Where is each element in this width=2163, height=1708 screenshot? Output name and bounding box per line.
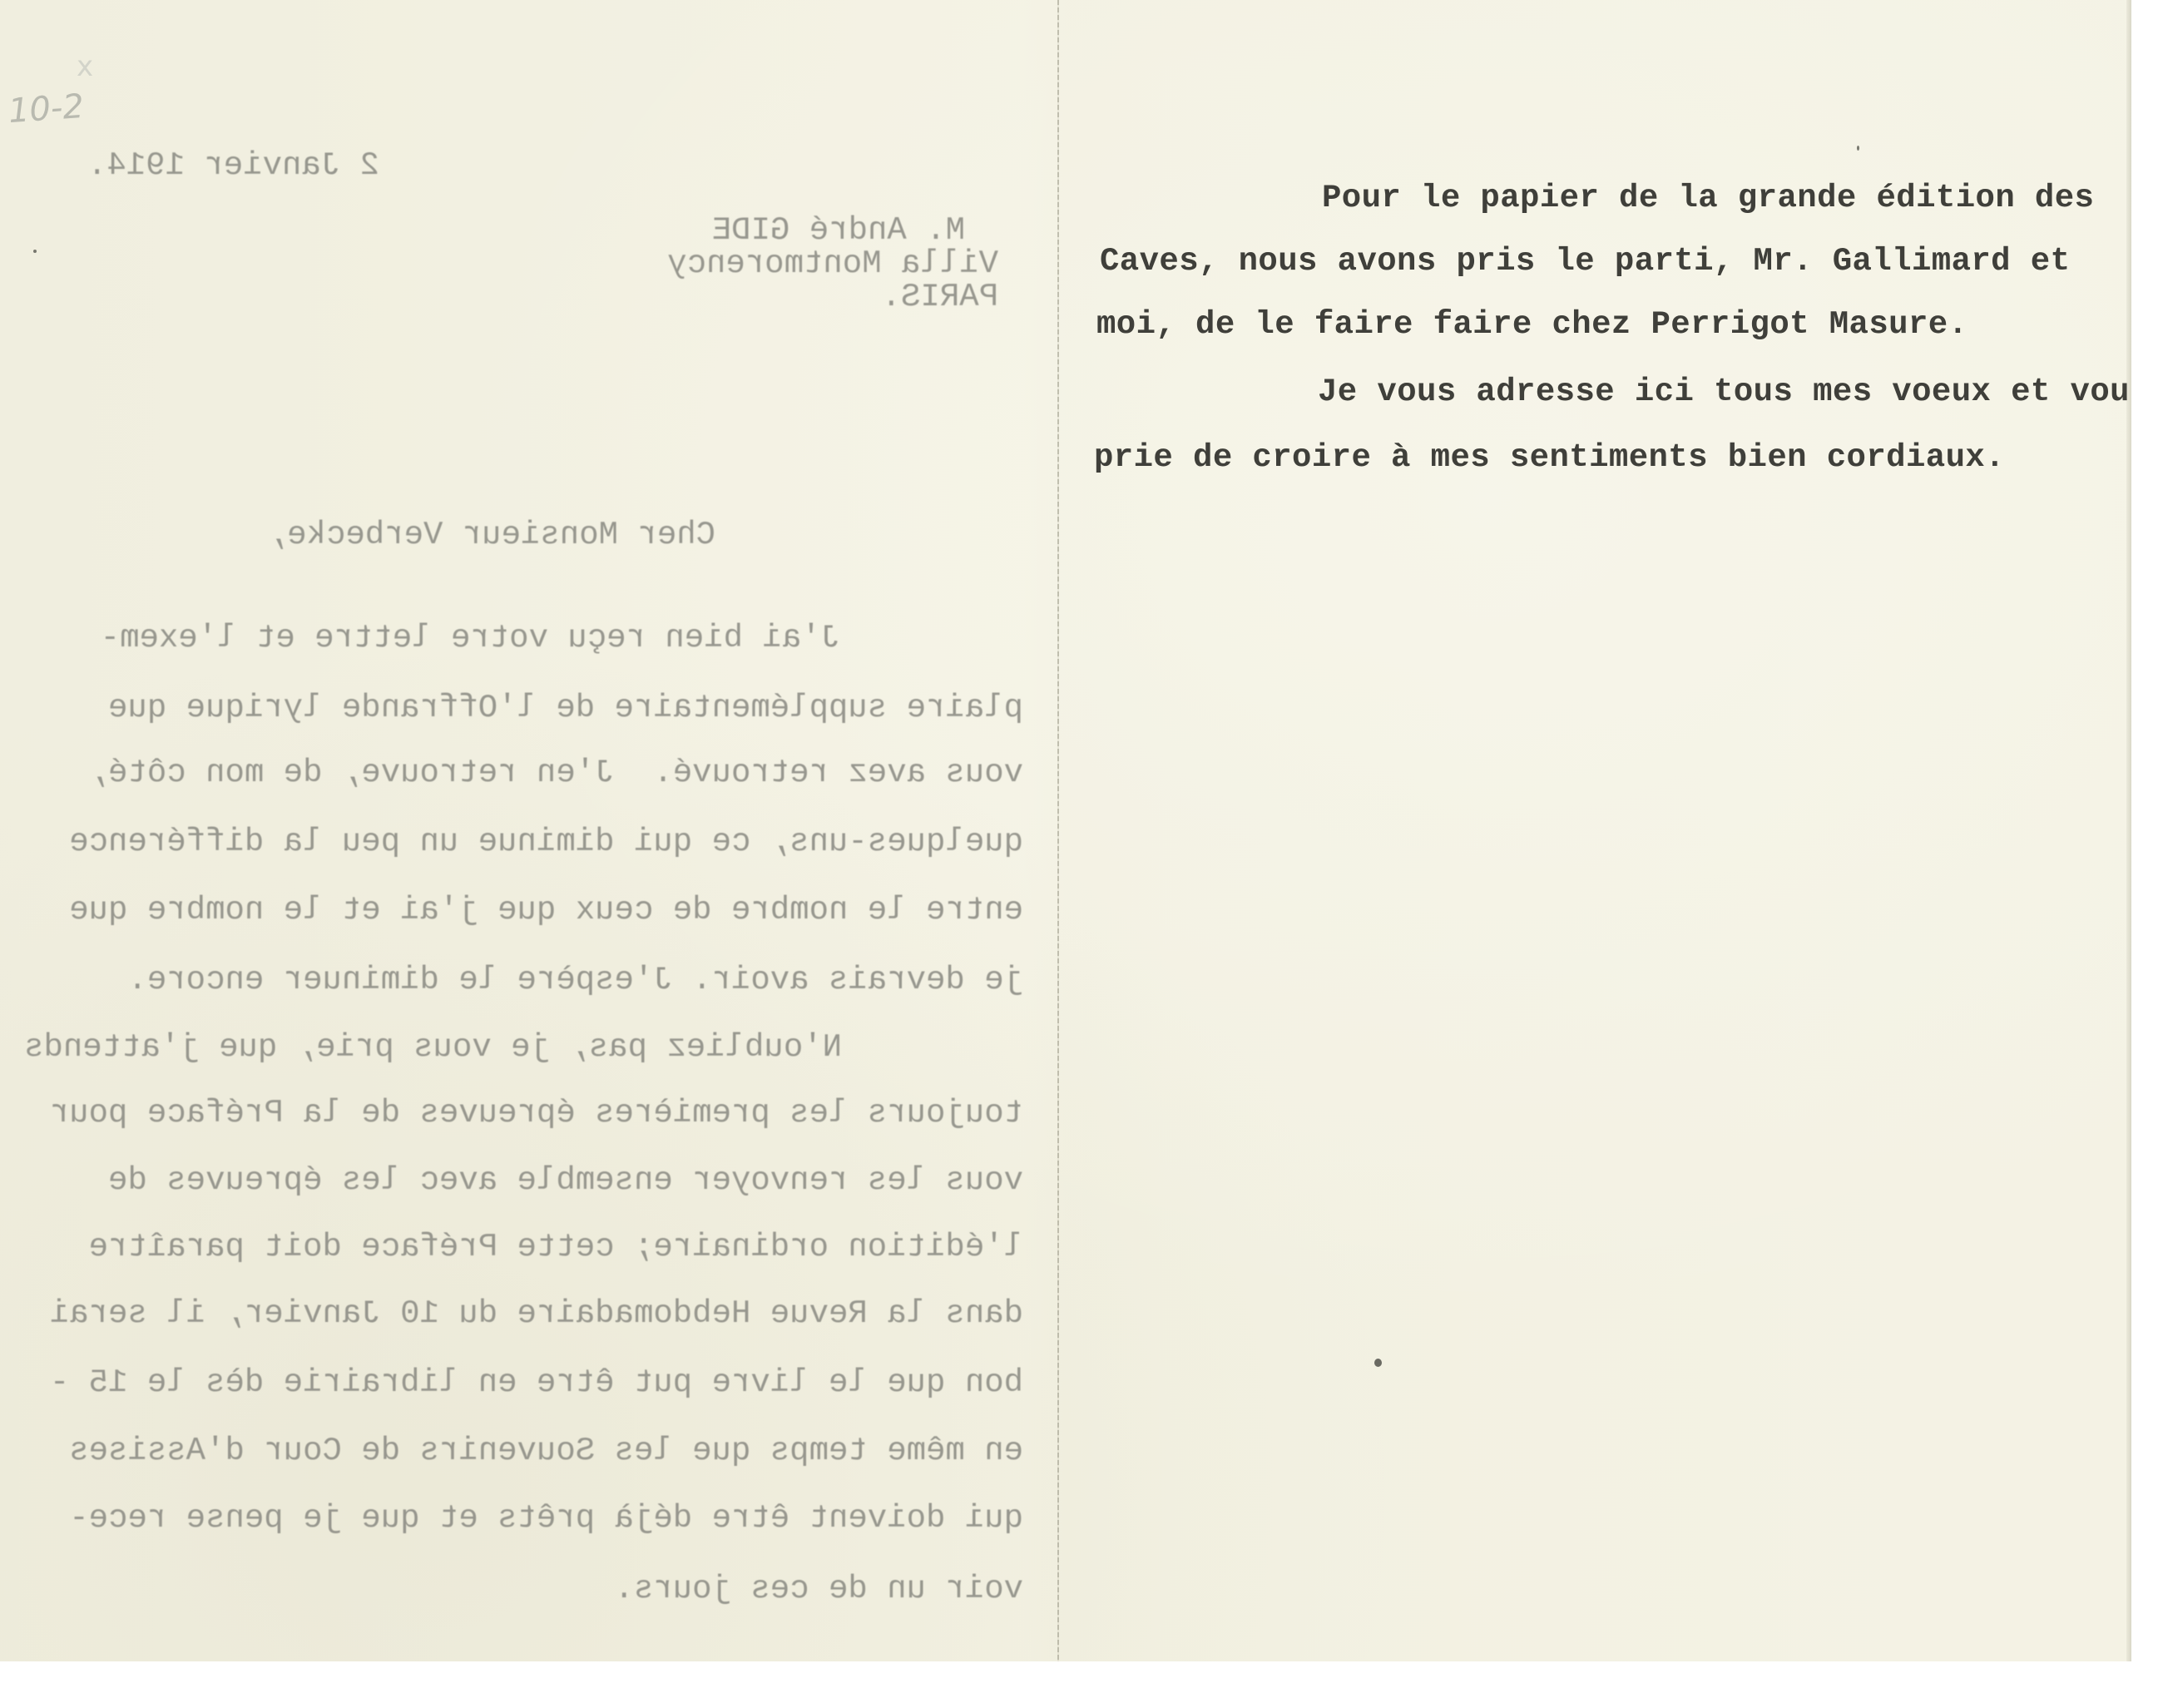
body-line: J'ai bien reçu votre lettre et l'exem- bbox=[67, 619, 840, 657]
letter-date: 2 Janvier 1914. bbox=[73, 146, 379, 185]
body-line: en même temps que les Souvenirs de Cour … bbox=[30, 1432, 1023, 1470]
body-line: plaire supplémentaire de l'Offrande lyri… bbox=[67, 689, 1023, 727]
body-line: qui doivent être déjà prêts et que je pe… bbox=[67, 1499, 1023, 1537]
page-fold-divider bbox=[1057, 0, 1059, 1661]
pencil-annotation: 10-2 bbox=[7, 87, 86, 131]
body-line: je devrais avoir. J'espère le diminuer e… bbox=[67, 961, 1023, 999]
body-line: toujours les premières épreuves de la Pr… bbox=[8, 1094, 1023, 1132]
body-line: dans la Revue Hebdomadaire du 10 Janvier… bbox=[13, 1295, 1023, 1333]
pencil-annotation-top: x bbox=[77, 50, 93, 83]
body-line: quelques-uns, ce qui diminue un peu la d… bbox=[30, 823, 1023, 861]
letter-paper: x 10-2 2 Janvier 1914. M. André GIDE Vil… bbox=[0, 0, 2131, 1661]
body-line: prie de croire à mes sentiments bien cor… bbox=[1094, 438, 2005, 477]
paper-edge bbox=[2126, 0, 2131, 1661]
body-line: Caves, nous avons pris le parti, Mr. Gal… bbox=[1100, 242, 2070, 280]
body-line: l'édition ordinaire; cette Préface doit … bbox=[50, 1228, 1023, 1266]
body-line: Je vous adresse ici tous mes voeux et vo… bbox=[1318, 373, 2130, 411]
body-line: Pour le papier de la grande édition des bbox=[1322, 179, 2094, 217]
body-line: vous avez retrouvé. J'en retrouve, de mo… bbox=[50, 754, 1023, 792]
body-line: moi, de le faire faire chez Perrigot Mas… bbox=[1096, 305, 1967, 344]
body-line: voir un de ces jours. bbox=[599, 1570, 1023, 1608]
body-line: vous les renvoyer ensemble avec les épre… bbox=[67, 1161, 1023, 1200]
recipient-city: PARIS. bbox=[752, 278, 998, 316]
body-line: entre le nombre de ceux que j'ai et le n… bbox=[30, 891, 1023, 929]
body-line: bon que le livre put être en librairie d… bbox=[13, 1364, 1023, 1402]
paper-speck bbox=[1857, 146, 1859, 151]
paper-speck bbox=[33, 250, 37, 253]
body-line: N'oubliez pas, je vous prie, que j'atten… bbox=[0, 1028, 842, 1067]
ink-spot bbox=[1374, 1359, 1382, 1367]
salutation: Cher Monsieur Verbecke, bbox=[250, 516, 715, 554]
